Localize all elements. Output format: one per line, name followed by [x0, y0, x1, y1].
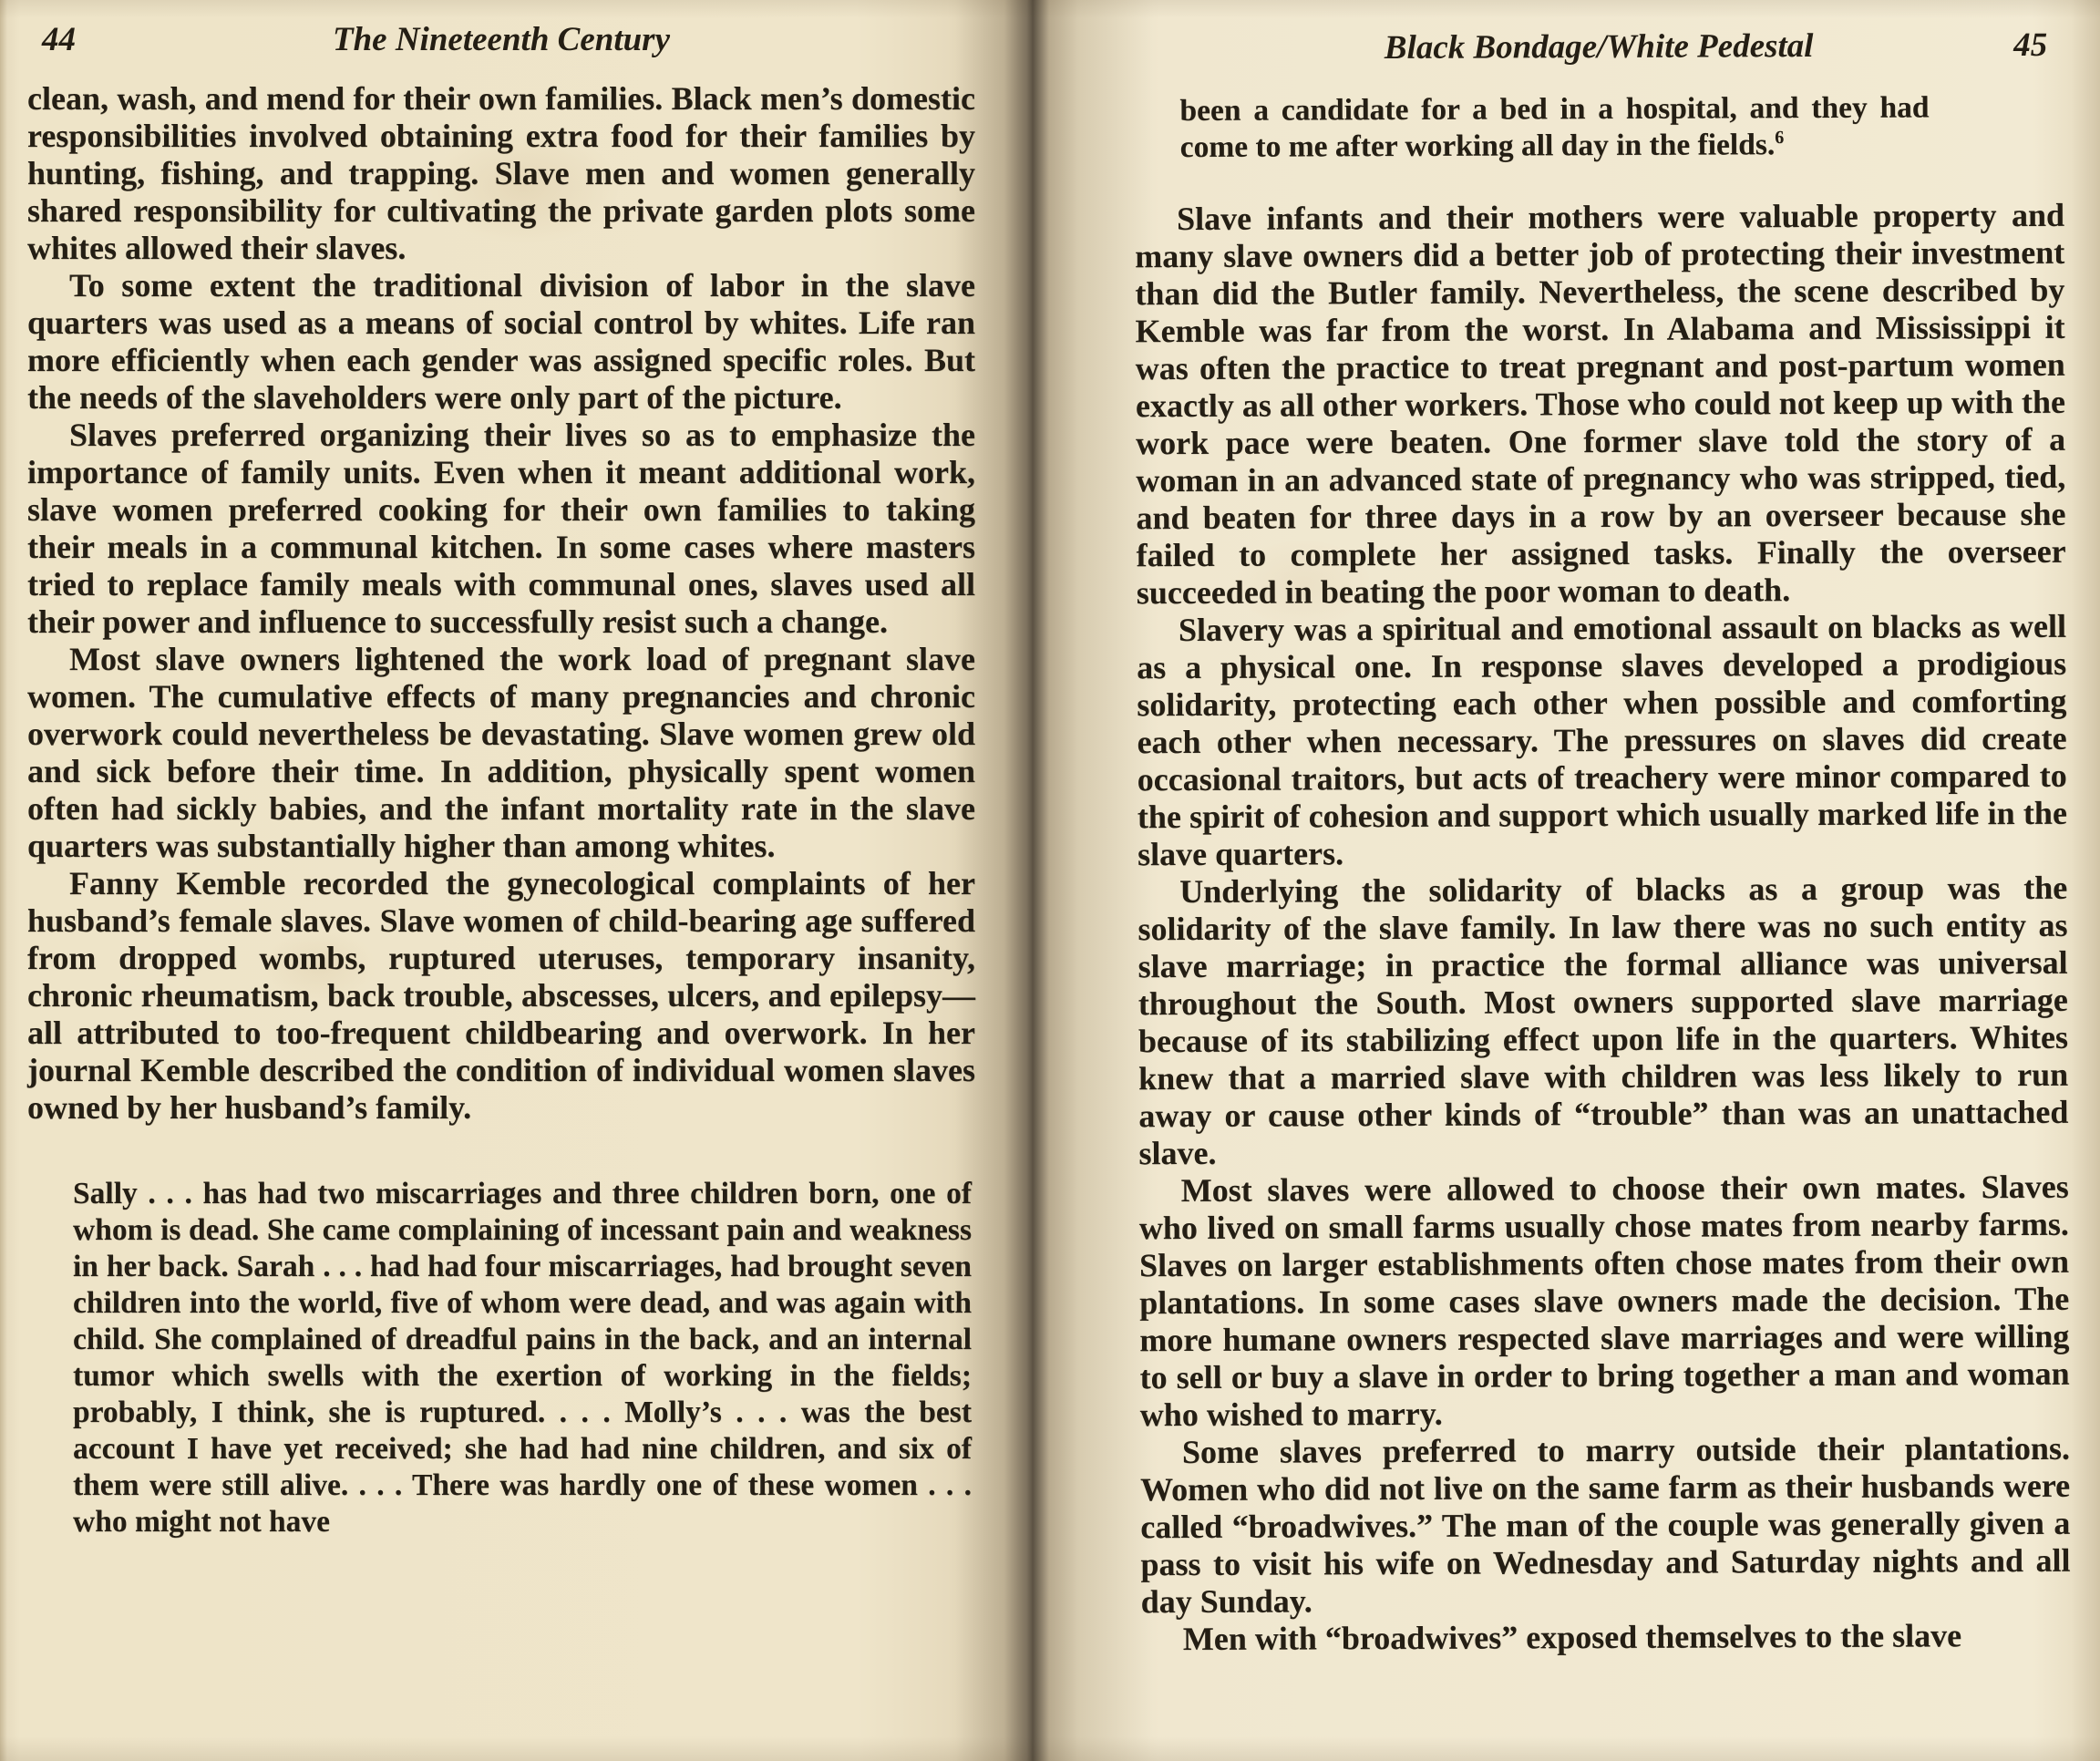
- paragraph: Men with “broadwives” exposed themselves…: [1141, 1617, 2071, 1658]
- paragraph: Some slaves preferred to marry outside t…: [1140, 1430, 2071, 1621]
- right-running-head: Black Bondage/White Pedestal: [1134, 24, 2064, 71]
- page-gutter: [955, 0, 1159, 1761]
- left-page-body: clean, wash, and mend for their own fami…: [27, 80, 975, 1540]
- left-blockquote: Sally . . . has had two miscarriages and…: [73, 1176, 972, 1540]
- paragraph: Slavery was a spiritual and emotional as…: [1137, 608, 2067, 873]
- left-running-head: The Nineteenth Century: [27, 18, 975, 62]
- right-page: Black Bondage/White Pedestal 45 been a c…: [1134, 24, 2071, 1658]
- blockquote-text: been a candidate for a bed in a hospital…: [1179, 89, 1929, 166]
- paragraph: clean, wash, and mend for their own fami…: [27, 80, 975, 267]
- book-spread: 44 The Nineteenth Century clean, wash, a…: [0, 0, 2100, 1761]
- paragraph: Slave infants and their mothers were val…: [1135, 197, 2066, 612]
- paragraph: Most slave owners lightened the work loa…: [27, 641, 975, 865]
- blockquote-text: Sally . . . has had two miscarriages and…: [73, 1176, 972, 1540]
- right-page-body: been a candidate for a bed in a hospital…: [1134, 89, 2070, 1658]
- left-page: 44 The Nineteenth Century clean, wash, a…: [27, 18, 975, 1540]
- right-blockquote: been a candidate for a bed in a hospital…: [1179, 89, 1929, 166]
- paragraph: To some extent the traditional division …: [27, 267, 975, 417]
- right-page-number: 45: [2013, 24, 2047, 67]
- paragraph: Most slaves were allowed to choose their…: [1139, 1169, 2070, 1434]
- left-page-header: 44 The Nineteenth Century: [27, 18, 975, 67]
- footnote-marker: 6: [1775, 128, 1784, 148]
- paragraph: Slaves preferred organizing their lives …: [27, 417, 975, 641]
- paragraph: Underlying the solidarity of blacks as a…: [1137, 870, 2068, 1172]
- blockquote-continuation: been a candidate for a bed in a hospital…: [1179, 90, 1929, 164]
- paragraph: Fanny Kemble recorded the gynecological …: [27, 865, 975, 1127]
- left-page-number: 44: [42, 18, 76, 62]
- right-page-header: Black Bondage/White Pedestal 45: [1134, 24, 2064, 77]
